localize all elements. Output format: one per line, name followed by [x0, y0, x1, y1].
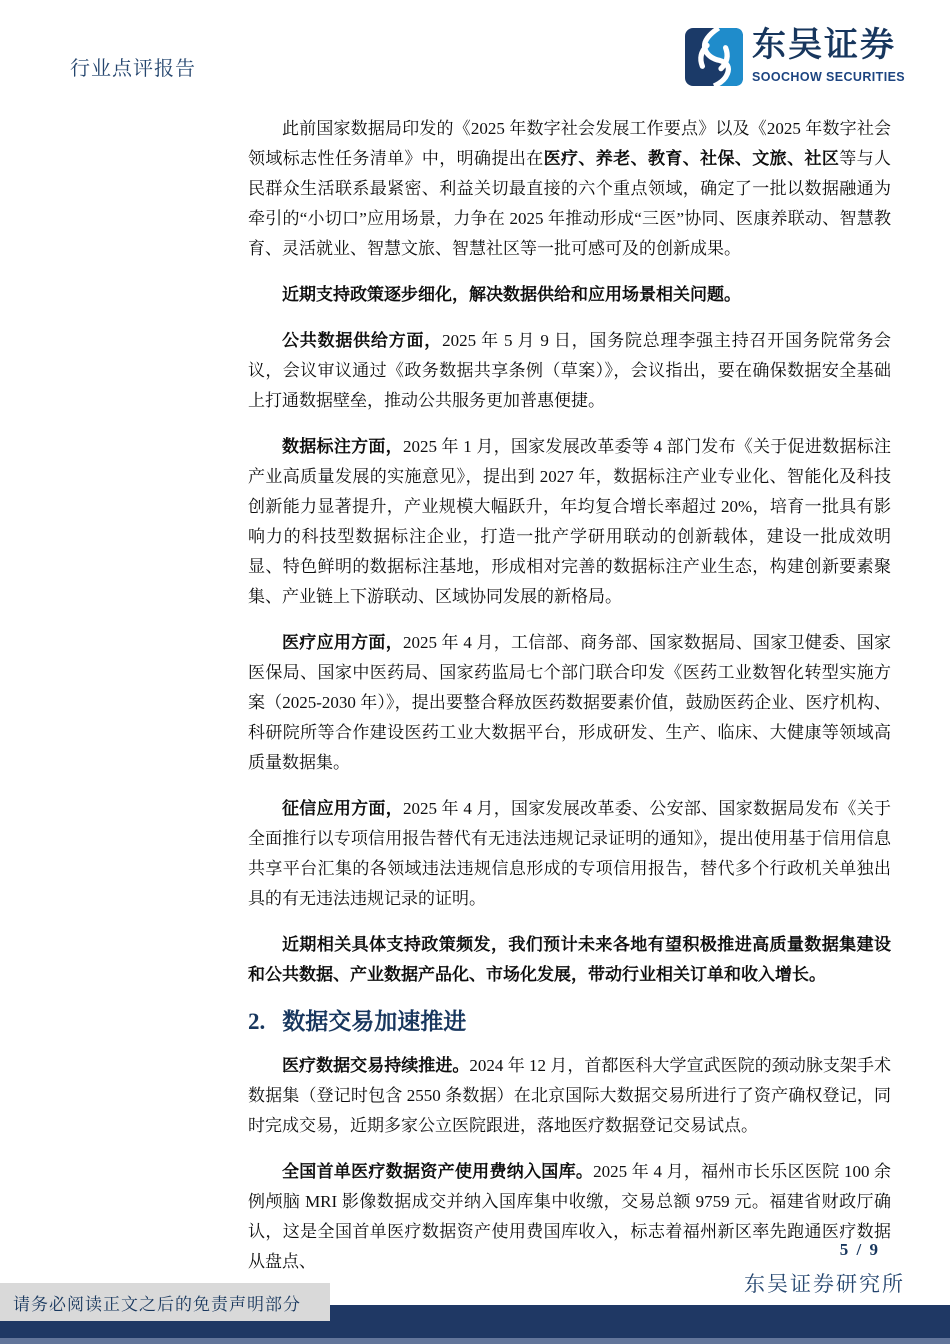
paragraph-bold-run: 医疗应用方面， — [282, 633, 403, 652]
disclaimer-text: 请务必阅读正文之后的免责声明部分 — [13, 1290, 301, 1315]
paragraph: 征信应用方面，2025 年 4 月，国家发展改革委、公安部、国家数据局发布《关于… — [248, 794, 891, 914]
report-type-label: 行业点评报告 — [70, 52, 196, 81]
section-title: 数据交易加速推进 — [282, 1009, 466, 1034]
soochow-interlock-s-icon — [685, 27, 743, 87]
paragraph-run: 2025 年 1 月，国家发展改革委等 4 部门发布《关于促进数据标注产业高质量… — [248, 437, 891, 606]
paragraph-bold-run: 医疗数据交易持续推进。 — [282, 1056, 469, 1075]
paragraph: 全国首单医疗数据资产使用费纳入国库。2025 年 4 月，福州市长乐区医院 10… — [248, 1157, 891, 1277]
paragraph: 医疗应用方面，2025 年 4 月，工信部、商务部、国家数据局、国家卫健委、国家… — [248, 628, 891, 778]
paragraph: 数据标注方面，2025 年 1 月，国家发展改革委等 4 部门发布《关于促进数据… — [248, 432, 891, 612]
paragraph-run: 2025 年 4 月，工信部、商务部、国家数据局、国家卫健委、国家医保局、国家中… — [248, 633, 891, 772]
paragraph-bold-run: 公共数据供给方面， — [282, 331, 442, 350]
paragraph: 公共数据供给方面，2025 年 5 月 9 日，国务院总理李强主持召开国务院常务… — [248, 326, 891, 416]
paragraph-bold-run: 医疗、养老、教育、社保、文旅、社区 — [544, 149, 840, 168]
brand-name-cn: 东吴证券 — [752, 27, 905, 65]
paragraph-bold-run: 全国首单医疗数据资产使用费纳入国库。 — [282, 1162, 593, 1181]
footer-bar-strip — [0, 1338, 950, 1344]
section-heading: 2.数据交易加速推进 — [248, 1006, 891, 1038]
paragraph-bold-run: 近期相关具体支持政策频发，我们预计未来各地有望积极推进高质量数据集建设和公共数据… — [248, 935, 891, 984]
report-page: 行业点评报告 东吴证券 SOOCHOW SECURITIES 此前国家数据局印发… — [0, 0, 950, 1344]
article-body: 此前国家数据局印发的《2025 年数字社会发展工作要点》以及《2025 年数字社… — [248, 114, 891, 1293]
brand-name-en: SOOCHOW SECURITIES — [752, 69, 905, 85]
paragraph: 近期支持政策逐步细化，解决数据供给和应用场景相关问题。 — [248, 280, 891, 310]
footer-organization: 东吴证券研究所 — [744, 1268, 905, 1298]
paragraph-bold-run: 征信应用方面， — [282, 799, 403, 818]
paragraph-bold-run: 近期支持政策逐步细化，解决数据供给和应用场景相关问题。 — [282, 285, 741, 304]
brand-name-block: 东吴证券 SOOCHOW SECURITIES — [752, 27, 905, 85]
brand-logo: 东吴证券 SOOCHOW SECURITIES — [685, 27, 905, 87]
paragraph-bold-run: 数据标注方面， — [282, 437, 403, 456]
paragraph: 此前国家数据局印发的《2025 年数字社会发展工作要点》以及《2025 年数字社… — [248, 114, 891, 264]
section-number: 2. — [248, 1009, 265, 1034]
paragraph: 近期相关具体支持政策频发，我们预计未来各地有望积极推进高质量数据集建设和公共数据… — [248, 930, 891, 990]
disclaimer-box: 请务必阅读正文之后的免责声明部分 — [0, 1283, 330, 1321]
paragraph: 医疗数据交易持续推进。2024 年 12 月，首都医科大学宣武医院的颈动脉支架手… — [248, 1051, 891, 1141]
page-number: 5 / 9 — [840, 1240, 880, 1260]
